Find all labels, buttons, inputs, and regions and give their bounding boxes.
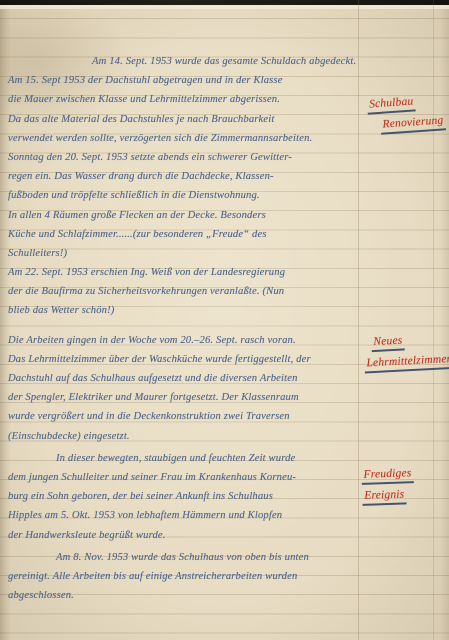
margin-note-word: Freudiges — [361, 466, 414, 485]
notebook-page: Am 14. Sept. 1953 wurde das gesamte Schu… — [0, 0, 449, 640]
handwritten-line: wurde vergrößert und in die Deckenkonstr… — [8, 407, 358, 426]
margin-note-schulbau-renovierung: Schulbau Renovierung — [367, 92, 447, 139]
handwritten-line: In dieser bewegten, staubigen und feucht… — [8, 449, 358, 468]
handwritten-line: der die Baufirma zu Sicherheitsvorkehrun… — [8, 282, 358, 301]
handwritten-line: fußboden und tröpfelte schließlich in di… — [8, 186, 358, 205]
margin-note-word: Schulbau — [367, 94, 416, 114]
handwritten-line: Da das alte Material des Dachstuhles je … — [8, 110, 358, 129]
handwritten-line: Hipples am 5. Okt. 1953 von lebhaftem Hä… — [8, 506, 358, 525]
handwritten-line: Am 8. Nov. 1953 wurde das Schulhaus von … — [8, 548, 358, 567]
handwritten-line: gereinigt. Alle Arbeiten bis auf einige … — [8, 567, 358, 586]
handwritten-line: Am 22. Sept. 1953 erschien Ing. Weiß von… — [8, 263, 358, 282]
margin-rule-line — [358, 0, 359, 640]
margin-note-freudiges-ereignis: Freudiges Ereignis — [361, 466, 414, 510]
handwritten-line: Küche und Schlafzimmer......(zur besonde… — [8, 225, 358, 244]
handwritten-line: Am 14. Sept. 1953 wurde das gesamte Schu… — [8, 52, 358, 71]
margin-note-word: Renovierung — [380, 113, 446, 134]
handwritten-line: Die Arbeiten gingen in der Woche vom 20.… — [8, 331, 358, 350]
margin-note-neues-lehrmittelzimmer: Neues Lehrmittelzimmer — [371, 331, 449, 377]
handwritten-line: In allen 4 Räumen große Flecken an der D… — [8, 206, 358, 225]
handwritten-line: regen ein. Das Wasser drang durch die Da… — [8, 167, 358, 186]
margin-note-word: Ereignis — [362, 487, 407, 506]
handwritten-line: verwendet werden sollte, verzögerten sic… — [8, 129, 358, 148]
handwritten-line: Am 15. Sept 1953 der Dachstuhl abgetrage… — [8, 71, 358, 90]
margin-note-word: Lehrmittelzimmer — [364, 352, 449, 374]
handwritten-line: burg ein Sohn geboren, der bei seiner An… — [8, 487, 358, 506]
margin-note-word: Neues — [371, 333, 405, 352]
handwritten-line: Sonntag den 20. Sept. 1953 setzte abends… — [8, 148, 358, 167]
handwritten-line: die Mauer zwischen Klasse und Lehrmittel… — [8, 90, 358, 109]
handwritten-line: der Spengler, Elektriker und Maurer fort… — [8, 388, 358, 407]
handwritten-line: Schulleiters!) — [8, 244, 358, 263]
handwritten-line: Dachstuhl auf das Schulhaus aufgesetzt u… — [8, 369, 358, 388]
handwritten-line: der Handwerksleute begrüßt wurde. — [8, 526, 358, 545]
handwritten-line: Das Lehrmittelzimmer über der Waschküche… — [8, 350, 358, 369]
handwritten-line: blieb das Wetter schön!) — [8, 301, 358, 320]
handwritten-text: Am 14. Sept. 1953 wurde das gesamte Schu… — [8, 52, 358, 605]
handwritten-line: dem jungen Schulleiter und seiner Frau i… — [8, 468, 358, 487]
handwritten-line: abgeschlossen. — [8, 586, 358, 605]
handwritten-line: (Einschubdecke) eingesetzt. — [8, 427, 358, 446]
page-top-highlight — [0, 5, 449, 9]
